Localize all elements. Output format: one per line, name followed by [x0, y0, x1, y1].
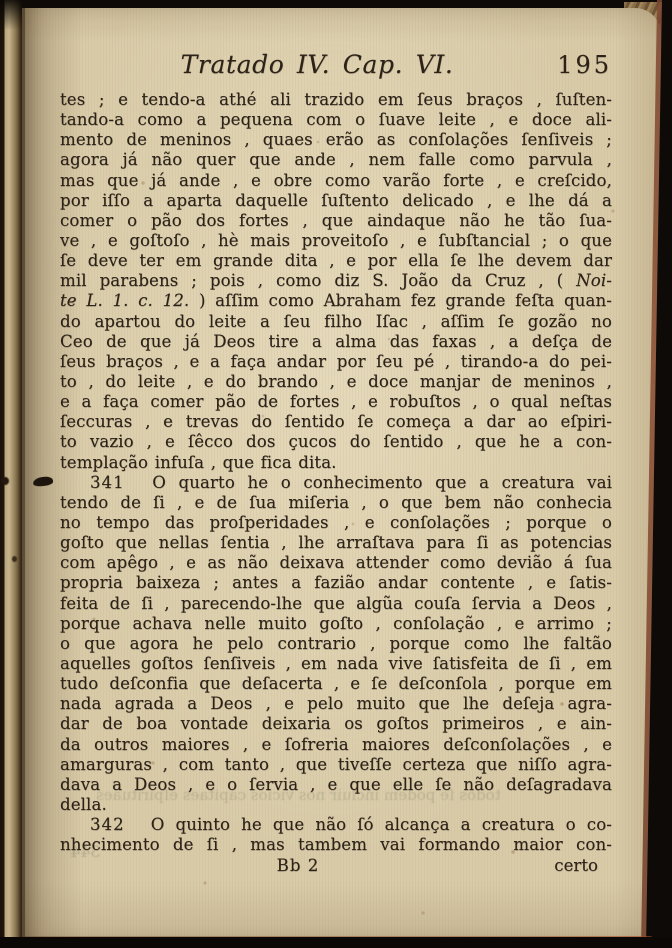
bottom-gutter [0, 937, 672, 948]
text-segment: te L. 1. c. 12. [60, 291, 189, 310]
text-segment: com apêgo , e as não deixava attender co… [60, 553, 612, 572]
text-line: tando-a como a pequena com o ſuave leite… [60, 110, 612, 130]
chapter-title: Tratado IV. Cap. VI. [60, 50, 534, 79]
text-segment: ſeus braços , e a faça andar por ſeu pé … [60, 352, 612, 371]
text-segment: comer o pão dos fortes , que aindaque nã… [60, 211, 612, 230]
text-line: to vazio , e ſêcco dos çucos do ſentido … [60, 432, 612, 452]
text-segment: do apartou do leite a ſeu filho Iſac , a… [60, 312, 612, 331]
text-segment: aquelles goſtos ſenſiveis , em nada vive… [60, 654, 612, 673]
signature-mark: Bb 2 [277, 856, 320, 875]
text-line: ſeccuras , e trevas do ſentido ſe começa… [60, 412, 612, 432]
text-segment: amarguras , com tanto , que tiveſſe cert… [60, 755, 612, 774]
text-segment: ſe deve ter em grande dita , e por ella … [60, 251, 612, 270]
page-number: 195 [534, 51, 612, 79]
text-line: goſto que nellas ſentia , lhe arraſtava … [60, 533, 612, 553]
text-segment: ſeccuras , e trevas do ſentido ſe começa… [60, 412, 612, 431]
body-text: tes ; e tendo-a athé ali trazido em ſeus… [60, 90, 612, 855]
text-line: feita de ſi , parecendo-lhe que algũa co… [60, 594, 612, 614]
text-segment: tando-a como a pequena com o ſuave leite… [60, 110, 612, 129]
running-header: Tratado IV. Cap. VI. 195 [60, 50, 612, 84]
text-segment: no tempo das proſperidades , e conſolaçõ… [60, 513, 612, 532]
text-line: dava a Deos , e o ſervia , e que elle ſe… [60, 775, 612, 795]
text-line: 341 O quarto he o conhecimento que a cre… [60, 473, 612, 493]
text-line: e a faça comer pão de fortes , e robuſto… [60, 392, 612, 412]
text-segment: ) aſſim como Abraham fez grande feſta qu… [199, 291, 612, 310]
text-line: agora já não quer que ande , nem falle c… [60, 150, 612, 170]
text-segment: ve , e goſtoſo , hè mais proveitoſo , e … [60, 231, 612, 250]
text-line: 342 O quinto he que não ſó alcança a cre… [60, 815, 612, 835]
leaf-edge-ink-mark [1, 477, 9, 485]
text-line: da outros maiores , e ſofreria maiores d… [60, 735, 612, 755]
text-line: dar de boa vontade deixaria os goſtos pr… [60, 714, 612, 734]
text-line: no tempo das proſperidades , e conſolaçõ… [60, 513, 612, 533]
text-line: comer o pão dos fortes , que aindaque nã… [60, 211, 612, 231]
footer-line: Bb 2 certo [60, 856, 612, 877]
text-segment: tes ; e tendo-a athé ali trazido em ſeus… [60, 90, 612, 109]
text-line: Ceo de que já Deos tire a alma das faxas… [60, 332, 612, 352]
text-line: do apartou do leite a ſeu filho Iſac , a… [60, 312, 612, 332]
text-segment: feita de ſi , parecendo-lhe que algũa co… [60, 594, 612, 613]
leaf-edge-ink-dot [12, 556, 17, 562]
text-segment: porque achava nelle muito goſto , conſol… [60, 614, 612, 633]
text-block: Tratado IV. Cap. VI. 195 tes ; e tendo-a… [60, 50, 612, 84]
text-segment: 342 [90, 815, 125, 834]
text-line: templação infuſa , que fica dita. [60, 453, 612, 473]
text-line: nhecimento de ſi , mas tambem vai forman… [60, 835, 612, 855]
text-segment: templação infuſa , que fica dita. [60, 453, 337, 472]
text-segment: mas que já ande , e obre como varão fort… [60, 171, 612, 190]
text-line: com apêgo , e as não deixava attender co… [60, 553, 612, 573]
text-segment: mil parabens ; pois , como diz S. João d… [60, 271, 576, 290]
text-segment: dava a Deos , e o ſervia , e que elle ſe… [60, 775, 612, 794]
text-segment: propria baixeza ; antes a fazião andar c… [60, 573, 612, 592]
text-segment: tudo deſconfia que deſacerta , e ſe deſc… [60, 674, 612, 693]
text-segment: O quinto he que não ſó alcança a creatur… [151, 815, 612, 834]
text-segment: goſto que nellas ſentia , lhe arraſtava … [60, 533, 612, 552]
text-line: nada agrada a Deos , e pelo muito que lh… [60, 694, 612, 714]
text-segment: por iſſo a aparta daquelle ſuſtento deli… [60, 191, 612, 210]
text-line: tes ; e tendo-a athé ali trazido em ſeus… [60, 90, 612, 110]
text-segment: Noi- [576, 271, 612, 290]
text-segment: o que agora he pelo contrario , porque c… [60, 634, 612, 653]
text-segment: mento de meninos , quaes erão as conſola… [60, 130, 612, 149]
text-line: o que agora he pelo contrario , porque c… [60, 634, 612, 654]
text-segment: 341 [90, 473, 125, 492]
text-line: tendo de ſi , e de ſua miſeria , o que b… [60, 493, 612, 513]
text-line: amarguras , com tanto , que tiveſſe cert… [60, 755, 612, 775]
text-segment: dar de boa vontade deixaria os goſtos pr… [60, 714, 612, 733]
text-line: mas que já ande , e obre como varão fort… [60, 171, 612, 191]
text-line: propria baixeza ; antes a fazião andar c… [60, 573, 612, 593]
text-line: ſeus braços , e a faça andar por ſeu pé … [60, 352, 612, 372]
text-line: della. [60, 795, 612, 815]
text-line: mil parabens ; pois , como diz S. João d… [60, 271, 612, 291]
text-segment: to vazio , e ſêcco dos çucos do ſentido … [60, 432, 612, 451]
text-line: por iſſo a aparta daquelle ſuſtento deli… [60, 191, 612, 211]
text-segment: agora já não quer que ande , nem falle c… [60, 150, 612, 169]
text-line: te L. 1. c. 12. ) aſſim como Abraham fez… [60, 291, 612, 311]
text-segment: O quarto he o conhecimento que a creatur… [152, 473, 612, 492]
text-line: mento de meninos , quaes erão as conſola… [60, 130, 612, 150]
text-segment: della. [60, 795, 107, 814]
text-line: aquelles goſtos ſenſiveis , em nada vive… [60, 654, 612, 674]
left-leaf-edges [0, 0, 22, 948]
foxing-specks [0, 0, 2, 2]
text-line: to , do leite , e do brando , e doce man… [60, 372, 612, 392]
text-segment: nhecimento de ſi , mas tambem vai forman… [60, 835, 612, 854]
text-segment: nada agrada a Deos , e pelo muito que lh… [60, 694, 612, 713]
text-segment: tendo de ſi , e de ſua miſeria , o que b… [60, 493, 612, 512]
scanned-book-page: todos ſe podem incluir nos vicios capita… [0, 0, 672, 948]
text-line: tudo deſconfia que deſacerta , e ſe deſc… [60, 674, 612, 694]
text-line: porque achava nelle muito goſto , conſol… [60, 614, 612, 634]
text-line: ſe deve ter em grande dita , e por ella … [60, 251, 612, 271]
text-line: ve , e goſtoſo , hè mais proveitoſo , e … [60, 231, 612, 251]
text-segment: to , do leite , e do brando , e doce man… [60, 372, 612, 391]
text-segment: e a faça comer pão de fortes , e robuſto… [60, 392, 612, 411]
text-segment: Ceo de que já Deos tire a alma das faxas… [60, 332, 612, 351]
catchword: certo [357, 856, 612, 875]
text-segment: da outros maiores , e ſofreria maiores d… [60, 735, 612, 754]
